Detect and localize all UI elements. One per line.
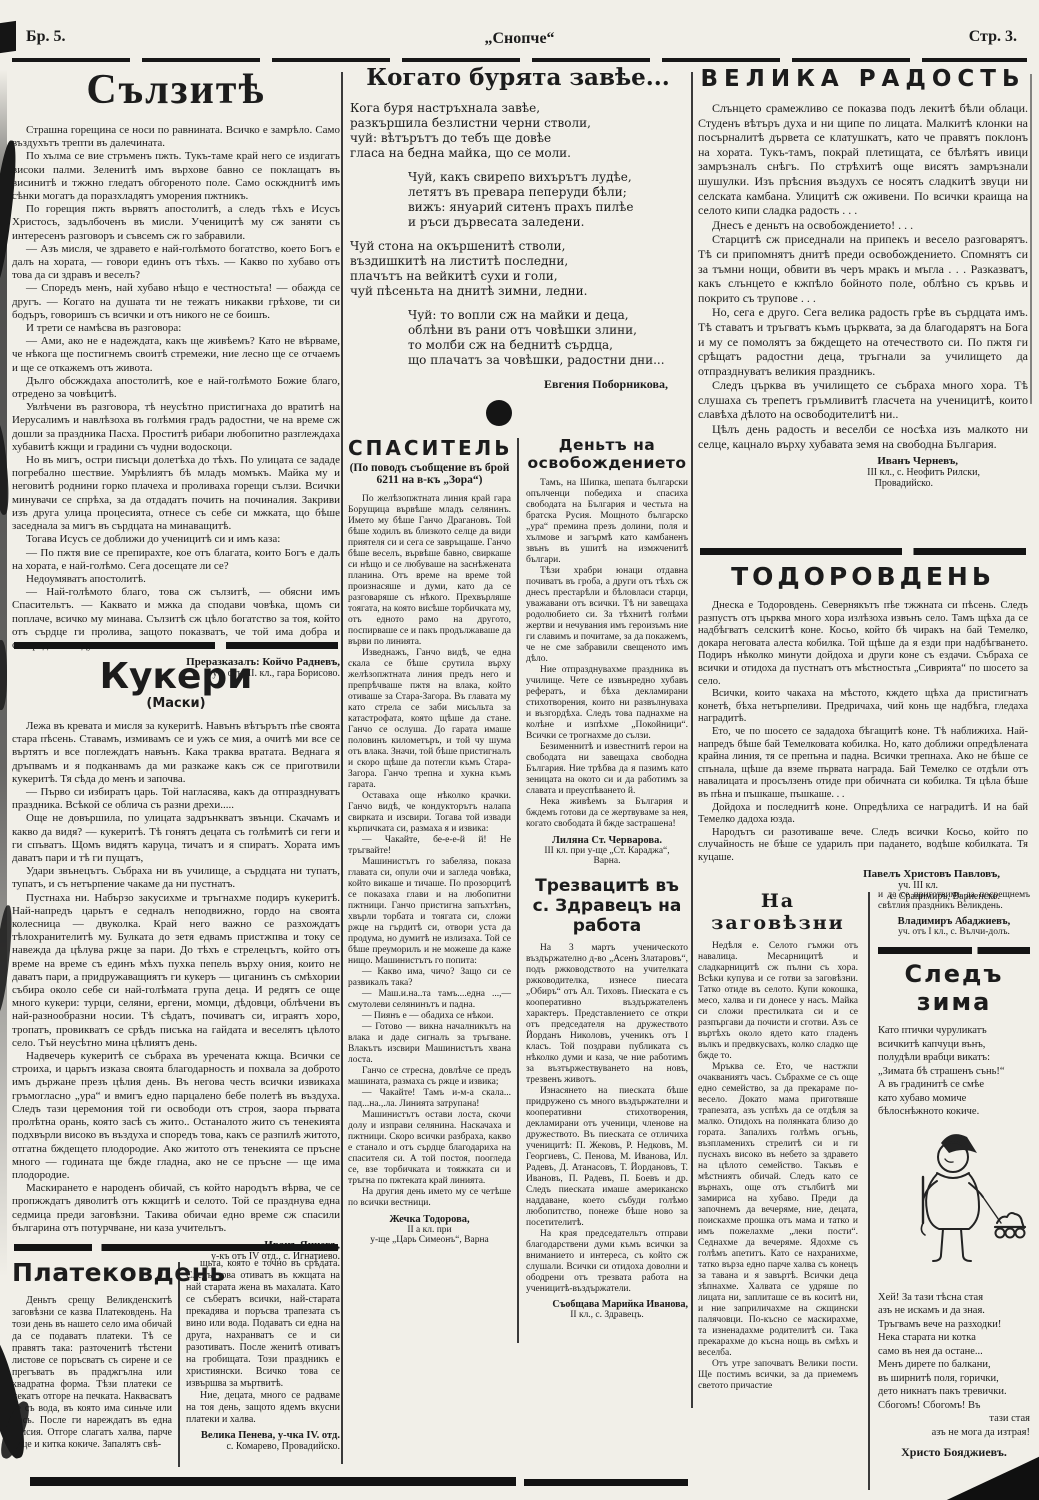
article-den-byline-city: Варна. xyxy=(526,856,688,866)
article-velika-byline-school: III кл., с. Неофитъ Рилски, xyxy=(698,467,980,478)
paragraph: Още не довършила, по улицата задрънкватъ… xyxy=(12,812,340,865)
paragraph: На 3 мартъ ученическото въздържателно д-… xyxy=(526,943,688,1086)
article-salzite-body: Страшна горещина се носи по равнината. В… xyxy=(12,124,340,652)
article-kukeri-title: Кукери xyxy=(12,658,340,696)
article-zagovezni-byline: Владимиръ Абаджиевъ, xyxy=(878,916,1030,927)
column-4-right: и да се приготвимъ да посрещнемъ свѣтлия… xyxy=(878,890,1030,1492)
paragraph: Ние, децата, много се радваме на тоя ден… xyxy=(186,1390,340,1426)
article-den-osvobozhdenie: Деньтъ на освобождението Тамъ, на Шипка,… xyxy=(526,436,688,866)
paragraph: Пустнаха ни. Набързо закусихме и тръгнах… xyxy=(12,892,340,1050)
article-trezvacite: Трезвацитѣ въ с. Здравецъ на работа На 3… xyxy=(526,876,688,1320)
zagovezni-continuation: и да се приготвимъ да посрещнемъ свѣтлия… xyxy=(878,890,1030,912)
paragraph: Надвечерь кукеритѣ се събраха въ уречена… xyxy=(12,1050,340,1182)
column-rule-1 xyxy=(341,72,343,1464)
paragraph: Тамъ, на Шипка, шепата български опълчен… xyxy=(526,478,688,566)
paragraph: Но, сега е друго. Сега велика радость гр… xyxy=(698,305,1028,378)
platekovden-right-column: щьта, която е точно въ срѣдата. Следъ то… xyxy=(186,1258,340,1483)
paragraph: Деньтъ срещу Великденскитѣ заговѣзни се … xyxy=(12,1295,172,1451)
sledzima-verse-1: Като птички чуруликатъ всичкитѣ капчуци … xyxy=(878,1024,1030,1119)
paragraph: — Азъ мисля, че здравето е най-голѣмото … xyxy=(12,243,340,283)
paragraph: Удари звънецътъ. Събраха ни въ училище, … xyxy=(12,865,340,891)
paragraph: Народътъ си разотиваше вече. Следъ всичк… xyxy=(698,827,1028,865)
paragraph: Изнасянето на пиеската бѣше придружено с… xyxy=(526,1086,688,1229)
article-velika-byline-region: Провадийско. xyxy=(698,478,933,489)
stanza: Чуй стона на окършенитѣ стволи, въздишки… xyxy=(350,239,686,299)
stanza: Кога буря настръхнала завѣе, разкършила … xyxy=(350,101,686,161)
paragraph: По желѣзопжтната линия край гара Борущиц… xyxy=(348,494,511,648)
paragraph: Ето, че по шосето се зададоха бѣгащитѣ к… xyxy=(698,726,1028,802)
paragraph: На другия день името му се четѣше по вси… xyxy=(348,1187,511,1209)
column-3: Деньтъ на освобождението Тамъ, на Шипка,… xyxy=(526,436,688,1320)
stanza: Чуй, какъ свирепо вихърътъ лудѣе, летятъ… xyxy=(350,170,686,230)
article-trezvacite-title: Трезвацитѣ въ с. Здравецъ на работа xyxy=(526,876,688,936)
paragraph: Днесъ е деньтъ на освобождението! . . . xyxy=(698,218,1028,233)
paragraph: Машинистътъ остави лоста, скочи долу и и… xyxy=(348,1110,511,1187)
paragraph: Безименнитѣ и известнитѣ герои на свобод… xyxy=(526,742,688,797)
article-den-byline-school: III кл. при у-ще „Ст. Караджа“, xyxy=(526,846,688,856)
article-velika-radost: ВЕЛИКА РАДОСТЬ Слънцето срамежливо се по… xyxy=(698,66,1028,489)
paragraph: Ганчо се стресна, довлѣче се предъ машин… xyxy=(348,1066,511,1088)
paragraph: Дълго обсжждаха апостолитѣ, кое е най-го… xyxy=(12,375,340,401)
platekovden-left-column: Платековдень Деньтъ срещу Великденскитѣ … xyxy=(12,1258,172,1483)
paragraph: Ние отпразднувахме праздника въ училище.… xyxy=(526,665,688,742)
paragraph: Лежа въ кревата и мисля за кукеритѣ. Нав… xyxy=(12,720,340,786)
bottom-rule xyxy=(30,1477,516,1486)
article-den-body: Тамъ, на Шипка, шепата български опълчен… xyxy=(526,478,688,830)
paragraph: — Споредъ менъ, най хубаво нѣщо е честно… xyxy=(12,282,340,322)
divider-bar xyxy=(14,1244,338,1251)
paragraph: — Какво има, чичо? Защо си се развикалъ … xyxy=(348,967,511,989)
divider-bar xyxy=(700,548,1026,555)
article-spasitel: СПАСИТЕЛЬ (По поводъ съобщение въ брой 6… xyxy=(348,436,511,1245)
paragraph: Дойдоха и последнитѣ коне. Опредѣлиха се… xyxy=(698,802,1028,827)
article-velika-title: ВЕЛИКА РАДОСТЬ xyxy=(698,66,1028,92)
article-platekovden-byline-place: с. Комарево, Провадийско. xyxy=(186,1441,340,1452)
paragraph: Изведнажъ, Ганчо видѣ, че една скала се … xyxy=(348,648,511,791)
paragraph: Мръква се. Ето, че настжпи очакваниятъ ч… xyxy=(698,1062,858,1359)
paragraph: — Първо си избиратъ царь. Той нагласява,… xyxy=(12,786,340,812)
column-rule-mid xyxy=(517,438,519,1343)
paragraph: Маскирането е народенъ обичай, съ който … xyxy=(12,1182,340,1235)
column-rule-3 xyxy=(691,72,693,1408)
article-todorovden-title: ТОДОРОВДЕНЬ xyxy=(698,562,1028,591)
article-den-byline: Лиляна Ст. Черварова. xyxy=(526,835,688,846)
article-salzite-title: Сълзитѣ xyxy=(12,66,340,114)
article-todorovden-byline: Павелъ Христовъ Павловъ, xyxy=(698,868,1000,880)
masthead: „Снопче“ xyxy=(0,30,1039,48)
header-rule xyxy=(12,58,1027,62)
column-rule-4 xyxy=(868,892,870,1490)
paragraph: Слънцето срамежливо се показва подъ леки… xyxy=(698,101,1028,218)
article-spasitel-body: По желѣзопжтната линия край гара Борущиц… xyxy=(348,494,511,1209)
paragraph: Недѣля е. Селото гъмжи отъ навалица. Мес… xyxy=(698,941,858,1062)
paragraph: Недоумяватъ апостолитѣ. xyxy=(12,573,340,586)
paragraph: На края председательтъ отправи благодарс… xyxy=(526,1229,688,1295)
paragraph: — Чакайте, бе-е-е-й й! Не тръгвайте! xyxy=(348,835,511,857)
article-platekovden-byline: Велика Пенева, у-чка IV. отд. xyxy=(186,1430,340,1441)
paragraph: Оставаха още нѣколко крачки. Ганчо видѣ,… xyxy=(348,791,511,835)
divider-bar xyxy=(14,642,338,649)
paragraph: Но въ мигъ, остри писъци долетѣха до тѣх… xyxy=(12,454,340,533)
article-spasitel-byline-school: у-ще „Царь Симеонъ“, Варна xyxy=(348,1235,511,1245)
article-todorovden: ТОДОРОВДЕНЬ Днеска е Тодоровдень. Северн… xyxy=(698,562,1028,902)
article-kukeri: Кукери (Маски) Лежа въ кревата и мисля з… xyxy=(12,658,340,1262)
paragraph: щьта, която е точно въ срѣдата. Следъ то… xyxy=(186,1258,340,1390)
article-platekovden: Платековдень Деньтъ срещу Великденскитѣ … xyxy=(12,1258,340,1483)
paragraph: По хълма се вие стръменъ пжть. Тукъ-таме… xyxy=(12,150,340,203)
paragraph: Тѣзи храбри юнаци отдавна почиватъ въ гр… xyxy=(526,566,688,665)
article-velika-byline: Иванъ Черневъ, xyxy=(698,455,958,467)
paragraph: И трети се намѣсва въ разговора: xyxy=(12,322,340,335)
paragraph: — Ами, ако не е надеждата, какъ ще живѣе… xyxy=(12,335,340,375)
paragraph: По горещия пжть вървятъ апостолитѣ, а сл… xyxy=(12,203,340,243)
sledzima-verse-2: Хей! За тази тѣсна стая азъ не искамъ и … xyxy=(878,1291,1030,1413)
scan-artifact-corner xyxy=(0,21,16,53)
article-na-zagovezni: На заговѣзни Недѣля е. Селото гъмжи отъ … xyxy=(698,890,858,1492)
article-trezvacite-body: На 3 мартъ ученическото въздържателно д-… xyxy=(526,943,688,1295)
paragraph: Машинистътъ го забеляза, показа главата … xyxy=(348,857,511,967)
newspaper-page: Бр. 5. „Снопче“ Стр. 3. Сълзитѣ Страшна … xyxy=(0,0,1039,1500)
article-zagovezni-title: На заговѣзни xyxy=(698,890,858,934)
article-poem: Когато бурята завѣе... Кога буря настръх… xyxy=(350,64,686,392)
article-trezvacite-byline: Съобщава Марийка Иванова, xyxy=(526,1299,688,1310)
child-with-toy-horse-illustration xyxy=(879,1127,1029,1285)
bottom-rule-segment xyxy=(524,1479,688,1486)
article-den-title: Деньтъ на освобождението xyxy=(526,436,688,472)
sledzima-verse-tail: тази стая азъ не мога да изтрая! xyxy=(878,1412,1030,1439)
paragraph: Увлѣчени въ разговора, тѣ неусѣтно прист… xyxy=(12,401,340,454)
page-number: Стр. 3. xyxy=(969,28,1017,46)
article-sledzima-title: Следъ зима xyxy=(878,960,1030,1016)
article-kukeri-subtitle: (Маски) xyxy=(12,696,340,711)
article-zagovezni-byline-school: уч. отъ I кл., с. Вълчи-долъ. xyxy=(878,927,1030,937)
article-spasitel-byline: Жечка Тодорова, xyxy=(348,1214,511,1225)
poem-stanzas: Кога буря настръхнала завѣе, разкършила … xyxy=(350,101,686,368)
article-salzite: Сълзитѣ Страшна горещина се носи по равн… xyxy=(12,66,340,679)
paragraph: — Пиянъ е — обадиха се нѣкои. xyxy=(348,1011,511,1022)
article-poem-title: Когато бурята завѣе... xyxy=(350,64,686,91)
article-kukeri-body: Лежа въ кревата и мисля за кукеритѣ. Нав… xyxy=(12,720,340,1235)
article-spasitel-byline-class: II а кл. при xyxy=(348,1225,511,1235)
paragraph: — Готово — викна началникътъ на влака и … xyxy=(348,1022,511,1066)
article-sledzima-byline: Христо Бояджиевъ. xyxy=(878,1445,1030,1460)
article-velika-body: Слънцето срамежливо се показва подъ леки… xyxy=(698,101,1028,451)
article-platekovden-title: Платековдень xyxy=(12,1258,172,1287)
section-dot-ornament xyxy=(486,400,512,426)
paragraph: Отъ утре започватъ Велики пости. Ще пост… xyxy=(698,1359,858,1392)
article-poem-byline: Евгения Поборникова, xyxy=(350,377,668,392)
paragraph: Старцитѣ сж приседнали на припекъ и весе… xyxy=(698,232,1028,305)
paragraph: Страшна горещина се носи по равнината. В… xyxy=(12,124,340,150)
article-spasitel-title: СПАСИТЕЛЬ xyxy=(348,436,511,460)
paragraph: Следъ църква въ училището се събраха мно… xyxy=(698,378,1028,422)
divider-bar xyxy=(878,947,1030,954)
article-trezvacite-byline-place: II кл., с. Здравецъ. xyxy=(526,1310,688,1320)
paragraph: Тогава Исусъ се доближи до ученицитѣ си … xyxy=(12,533,340,546)
article-zagovezni-body: Недѣля е. Селото гъмжи отъ навалица. Мес… xyxy=(698,941,858,1392)
paragraph: — Маш.и.на..та тамъ....една ...,— смутол… xyxy=(348,989,511,1011)
paragraph: — Чакайте! Тамъ и-м-а скала... пад...на.… xyxy=(348,1088,511,1110)
paragraph: Нека живѣемъ за България и бждемъ готови… xyxy=(526,797,688,830)
paragraph: Днеска е Тодоровдень. Севернякътъ пѣе тж… xyxy=(698,600,1028,688)
article-spasitel-subtitle: (По поводъ съобщение въ брой 6211 на в-к… xyxy=(348,462,511,486)
right-margin-rule xyxy=(1030,74,1032,404)
article-todorovden-body: Днеска е Тодоровдень. Севернякътъ пѣе тж… xyxy=(698,600,1028,864)
paragraph: Цѣлъ день радость и веселби се носѣха из… xyxy=(698,422,1028,451)
paragraph: — По пжтя вие се препирахте, кое отъ бла… xyxy=(12,547,340,573)
stanza: Чуй: то вопли сж на майки и деца, облѣни… xyxy=(350,308,686,368)
paragraph: Всички, които чакаха на мѣстото, кждето … xyxy=(698,688,1028,726)
